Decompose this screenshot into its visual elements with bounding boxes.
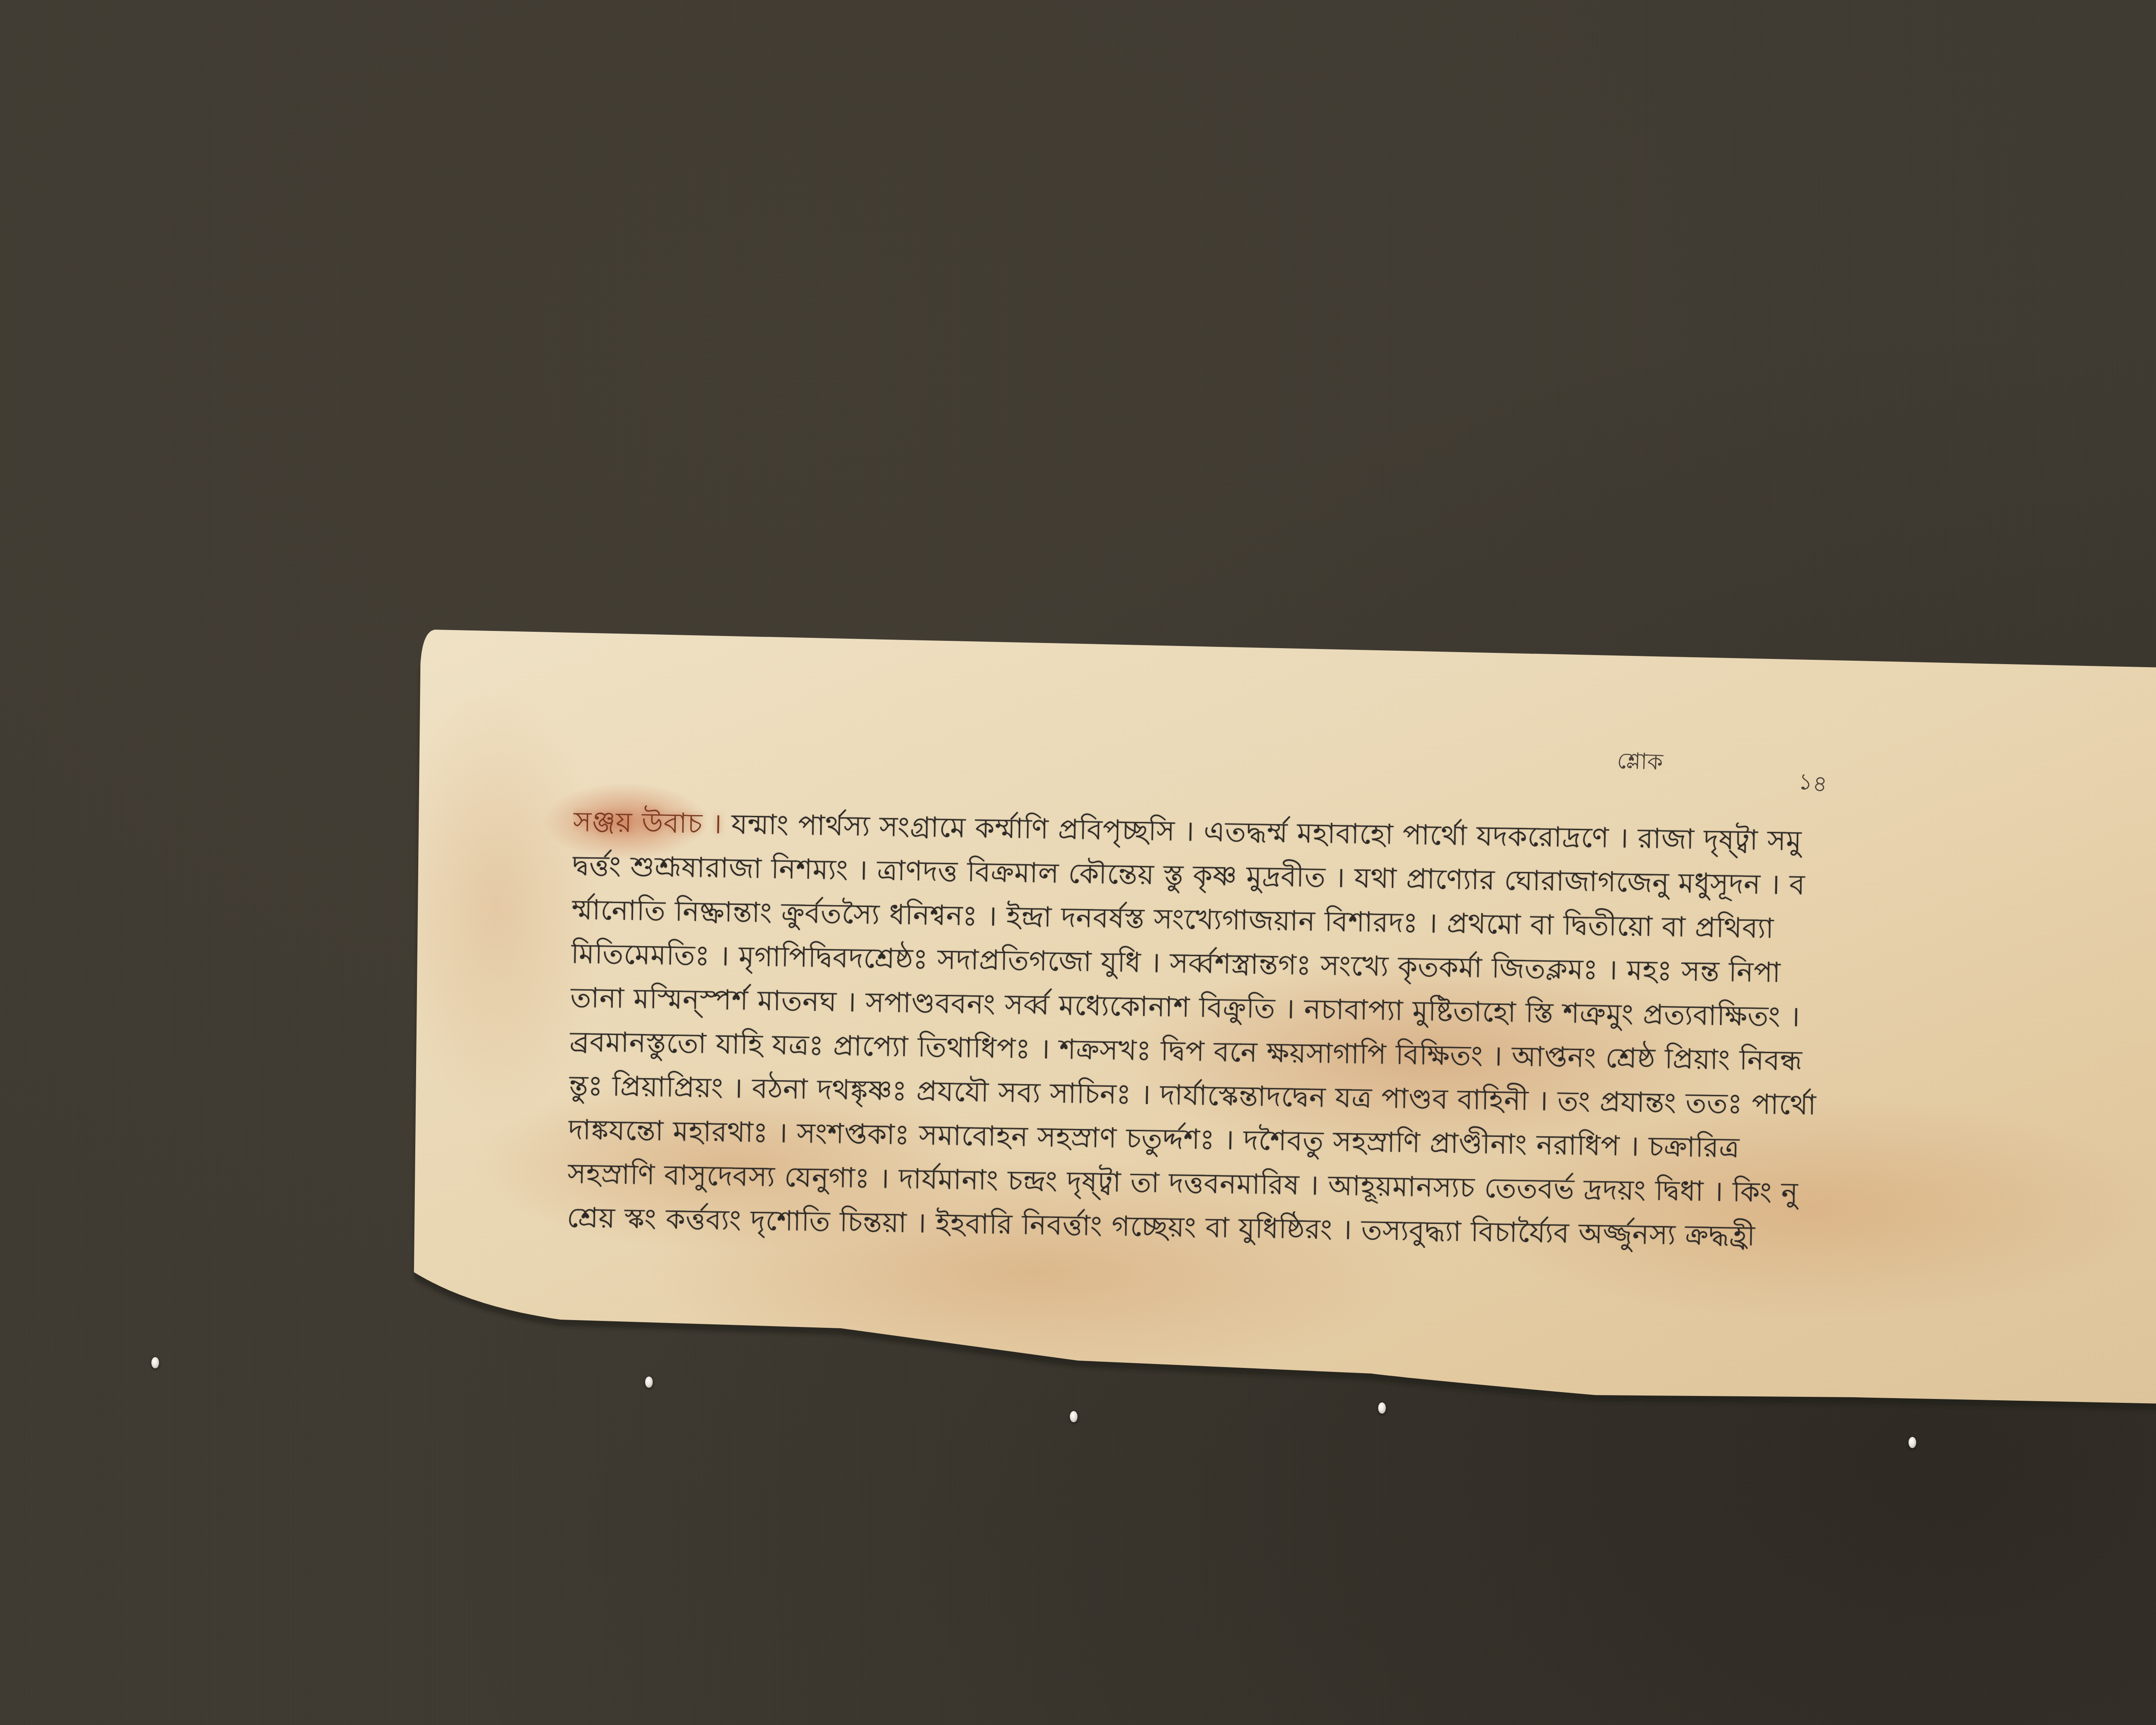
marginal-number: ১৪ [1796, 764, 1830, 805]
mounting-pin-icon [645, 1377, 653, 1388]
rubric-heading: সঞ্জয় উবাচ । [573, 806, 723, 840]
mounting-pin-icon [1378, 1402, 1386, 1414]
mounting-pin-icon [1070, 1411, 1078, 1422]
dark-backing-board: শ্লোক ১৪ সঞ্জয় উবাচ । যন্মাং পার্থস্য স… [0, 0, 2156, 1725]
marginal-title: শ্লোক [1617, 743, 1664, 782]
mounting-pin-icon [1908, 1437, 1916, 1448]
mounting-pin-icon [151, 1357, 159, 1368]
manuscript-text-block: সঞ্জয় উবাচ । যন্মাং পার্থস্য সংগ্রামে ক… [567, 800, 2134, 1264]
